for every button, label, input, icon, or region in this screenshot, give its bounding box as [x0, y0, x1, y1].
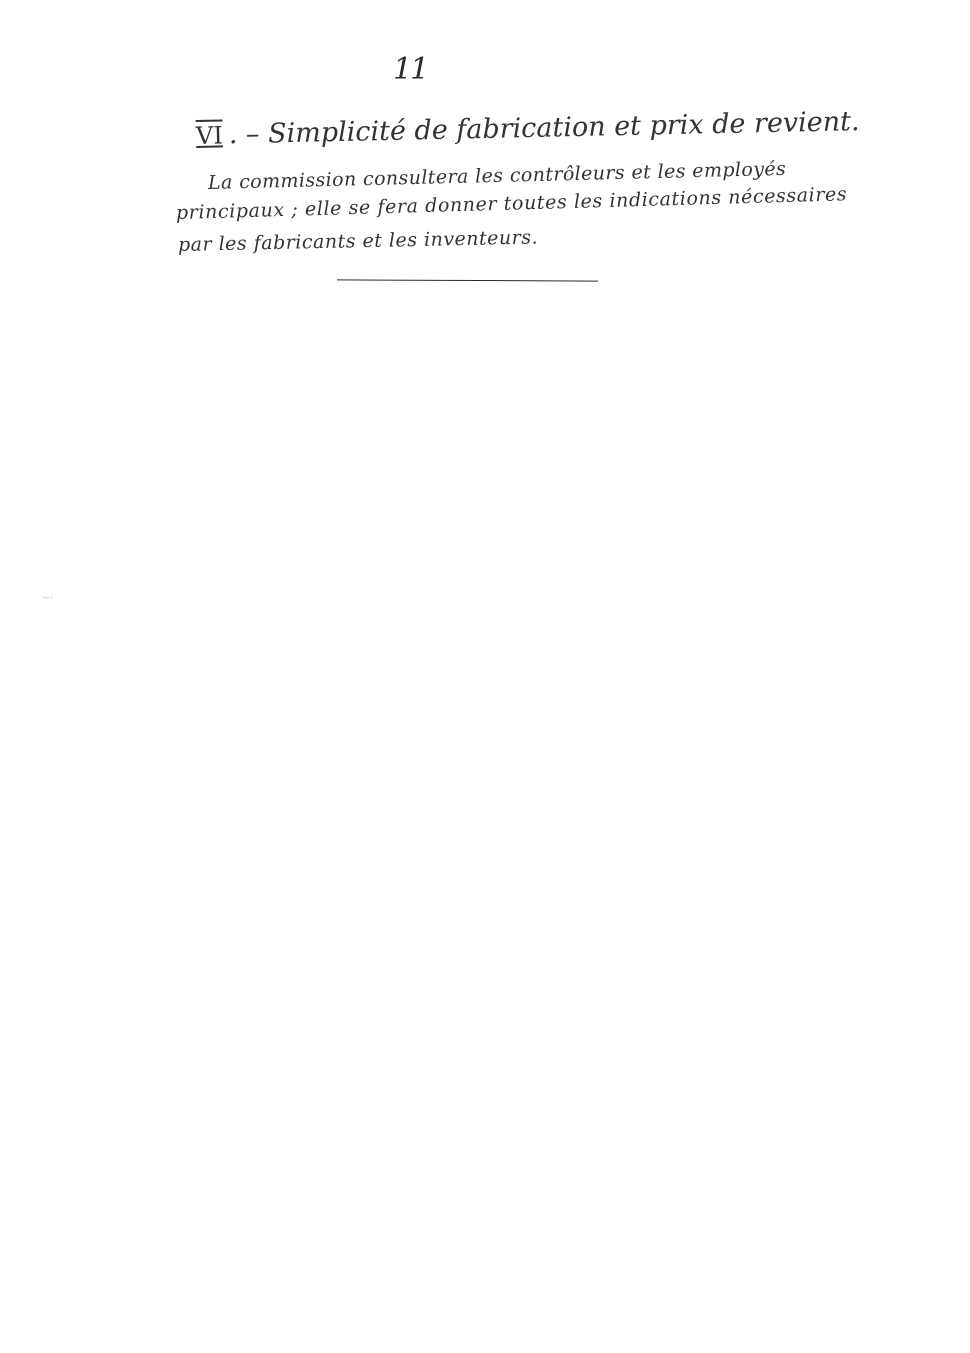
- closing-rule-divider: [337, 279, 598, 281]
- section-heading: VI. – Simplicité de fabrication et prix …: [196, 106, 860, 151]
- page-number: 11: [393, 52, 427, 87]
- section-numeral: VI: [196, 121, 223, 150]
- body-line: par les fabricants et les inventeurs.: [178, 226, 538, 256]
- document-page: 11 VI. – Simplicité de fabrication et pr…: [0, 0, 970, 1353]
- section-separator: . –: [228, 119, 259, 151]
- stray-ink-mark: ~·: [42, 596, 64, 602]
- section-title: Simplicité de fabrication et prix de rev…: [268, 106, 860, 149]
